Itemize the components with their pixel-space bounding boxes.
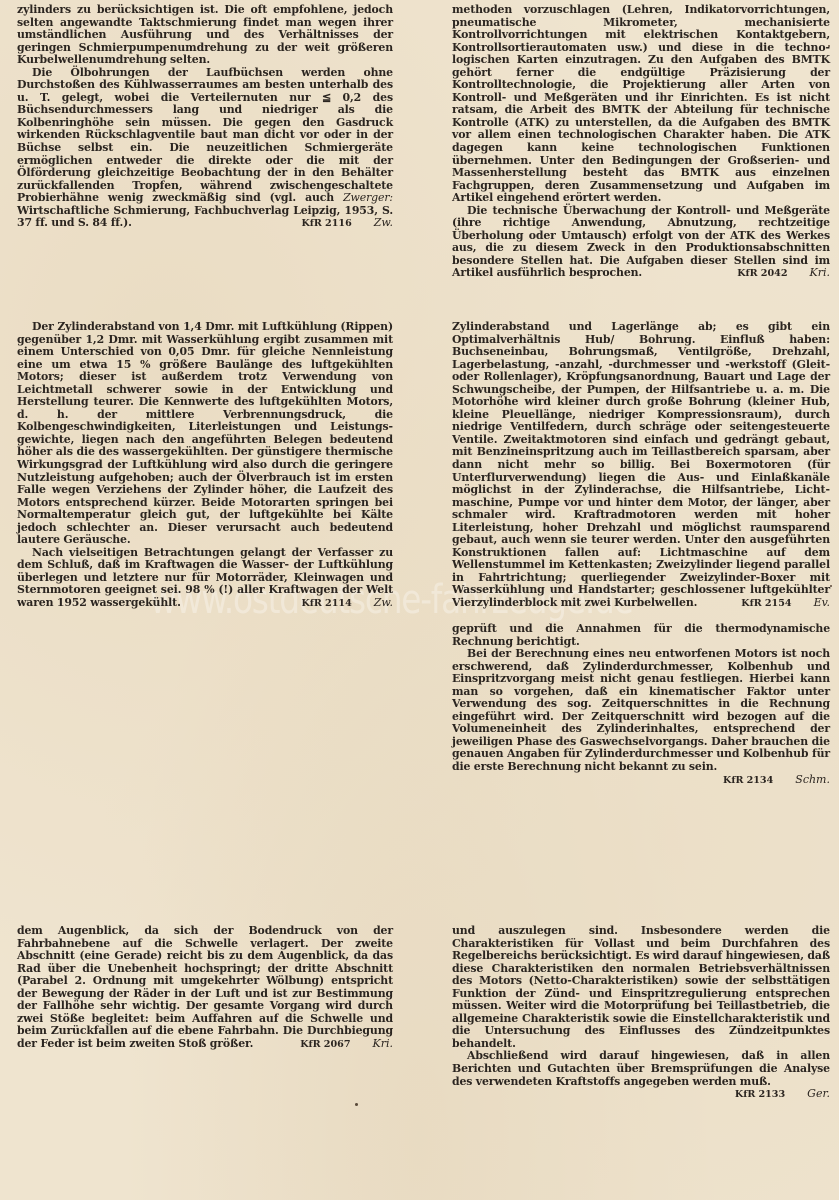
- paragraph: Zylinderabstand und Lagerlänge ab; es gi…: [452, 321, 830, 610]
- paragraph: Bei der Berechnung eines neu entworfenen…: [452, 648, 830, 773]
- paragraph: Die Ölbohrungen der Laufbüchsen werden o…: [17, 67, 393, 230]
- abstract-kfr-2067: dem Augenblick, da sich der Bodendruck v…: [17, 925, 393, 1051]
- reference-code: KfR 2067: [300, 1039, 350, 1050]
- abstract-kfr-2133: und auszulegen sind. Insbesondere werden…: [452, 925, 830, 1102]
- reference-author: Zw.: [374, 216, 393, 229]
- reference-code: KfR 2042: [737, 268, 787, 279]
- reference-author: Zw.: [374, 596, 393, 609]
- paper-speck: [355, 1103, 358, 1106]
- reference-code: KfR 2154: [741, 598, 791, 609]
- reference-tag: KfR 2067Kri.: [300, 1038, 393, 1052]
- paragraph: zylinders zu berücksichtigen ist. Die of…: [17, 4, 393, 67]
- reference-code: KfR 2116: [301, 218, 351, 229]
- paragraph: geprüft und die Annahmen für die thermod…: [452, 623, 830, 648]
- reference-author: Ev.: [814, 596, 830, 609]
- reference-author: Kri.: [810, 266, 831, 279]
- reference-code: KfR 2134: [723, 775, 773, 786]
- reference-code: KfR 2114: [301, 598, 351, 609]
- paragraph: Abschließend wird darauf hingewiesen, da…: [452, 1050, 830, 1088]
- paragraph: Der Zylinderabstand von 1,4 Dmr. mit Luf…: [17, 321, 393, 547]
- abstract-kfr-2042: methoden vorzuschlagen (Lehren, Indikato…: [452, 4, 830, 281]
- reference-tag: KfR 2116Zw.: [286, 217, 393, 231]
- paper-speck: [828, 45, 830, 47]
- abstract-kfr-2154: Zylinderabstand und Lagerlänge ab; es gi…: [452, 321, 830, 611]
- citation-author: Zwerger:: [343, 191, 393, 204]
- reference-tag: KfR 2133Ger.: [720, 1088, 830, 1102]
- abstract-kfr-2114: Der Zylinderabstand von 1,4 Dmr. mit Luf…: [17, 321, 393, 611]
- reference-author: Kri.: [373, 1037, 394, 1050]
- reference-author: Schm.: [795, 773, 830, 786]
- paragraph: und auszulegen sind. Insbesondere werden…: [452, 925, 830, 1050]
- paragraph: Nach vielseitigen Betrachtungen gelangt …: [17, 547, 393, 610]
- reference-tag: KfR 2154Ev.: [741, 597, 830, 611]
- reference-code: KfR 2133: [735, 1089, 785, 1100]
- paper-speck: [830, 585, 832, 587]
- paragraph: dem Augenblick, da sich der Bodendruck v…: [17, 925, 393, 1050]
- reference-tag: KfR 2042Kri.: [722, 267, 830, 281]
- reference-author: Ger.: [807, 1087, 830, 1100]
- abstract-kfr-2134: geprüft und die Annahmen für die thermod…: [452, 623, 830, 787]
- paragraph: Die technische Überwachung der Kontroll-…: [452, 205, 830, 280]
- reference-tag: KfR 2134Schm.: [708, 774, 830, 788]
- abstract-kfr-2116: zylinders zu berücksichtigen ist. Die of…: [17, 4, 393, 231]
- reference-tag: KfR 2114Zw.: [286, 597, 393, 611]
- paragraph: methoden vorzuschlagen (Lehren, Indikato…: [452, 4, 830, 205]
